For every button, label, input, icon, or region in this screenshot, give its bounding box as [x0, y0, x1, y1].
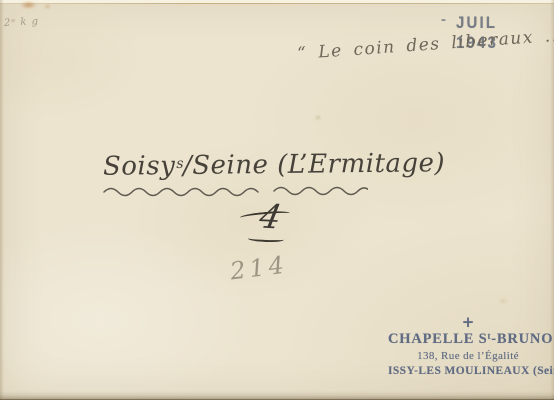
stamp-name: CHAPELLE St-BRUNO [388, 331, 548, 348]
handwritten-location: Soisys/Seine (L’Ermitage) [103, 148, 445, 182]
address-stamp: + CHAPELLE St-BRUNO 138, Rue de l’Égalit… [388, 316, 548, 377]
pencil-inventory-number: 214 [229, 251, 290, 286]
paper-edge-top-line [0, 3, 554, 4]
stamp-street: 138, Rue de l’Égalité [388, 350, 548, 362]
wavy-underline [102, 185, 368, 199]
rust-stain [20, 1, 37, 9]
rust-stain-small [44, 4, 51, 9]
location-prefix: Soisy [103, 151, 176, 182]
stamp-name-pre: CHAPELLE S [388, 331, 487, 347]
crossed-out-number: 4 [250, 197, 296, 241]
date-stamp-dash: - [441, 11, 446, 28]
foxing-speck [498, 298, 508, 304]
cross-icon: + [388, 316, 548, 328]
location-rest: /Seine (L’Ermitage) [183, 148, 445, 181]
stamp-city: ISSY-LES MOULINEAUX (Seine) [388, 365, 548, 377]
archival-pencil-note: 2ᵉ k g [4, 16, 40, 29]
photo-back-scan: 2ᵉ k g - JUIL 1943 “ Le coin des liberau… [0, 0, 554, 400]
foxing-speck [315, 115, 321, 120]
handwritten-quote: “ Le coin des liberaux ....” [297, 27, 548, 64]
stamp-name-post: -BRUNO [491, 331, 553, 347]
paper-edge-left [0, 0, 4, 400]
underline-stroke [248, 233, 284, 242]
